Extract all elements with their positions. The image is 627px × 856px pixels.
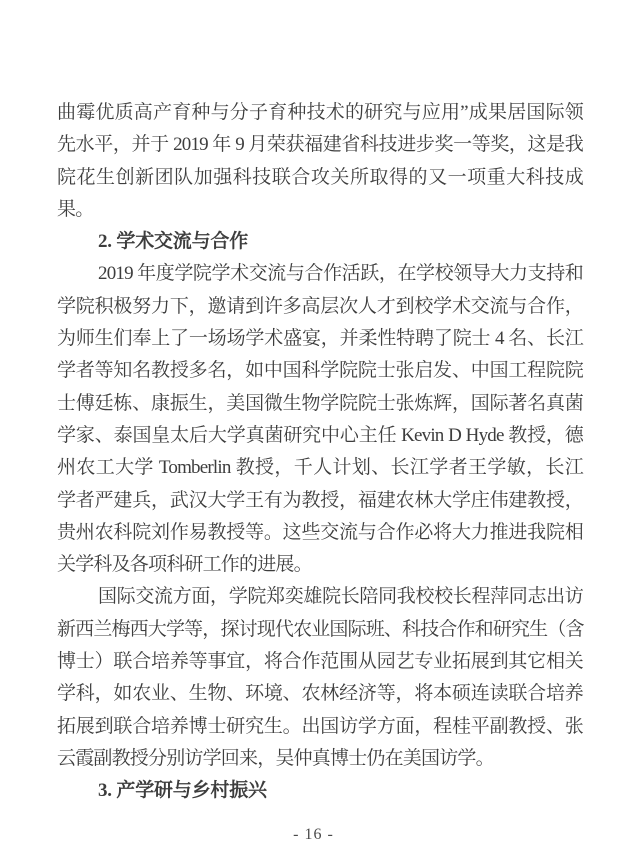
text-line: 士傅廷栋、康振生，美国微生物学院院士张炼辉，国际著名真菌 xyxy=(57,388,583,420)
page-number: - 16 - xyxy=(0,826,627,844)
text-line: 学者严建兵，武汉大学王有为教授，福建农林大学庄伟建教授， xyxy=(57,485,583,517)
text-line: 2019 年度学院学术交流与合作活跃，在学校领导大力支持和 xyxy=(57,258,583,290)
text-line: 州农工大学 Tomberlin 教授，千人计划、长江学者王学敏，长江 xyxy=(57,452,583,484)
text-line: 学科，如农业、生物、环境、农林经济等，将本硕连读联合培养 xyxy=(57,678,583,710)
document-page: 曲霉优质高产育种与分子育种技术的研究与应用”成果居国际领先水平，并于 2019 … xyxy=(0,0,627,856)
section-heading: 2. 学术交流与合作 xyxy=(57,226,583,258)
text-line: 云霞副教授分别访学回来，吴仲真博士仍在美国访学。 xyxy=(57,743,583,775)
text-line: 学院积极努力下，邀请到许多高层次人才到校学术交流与合作， xyxy=(57,291,583,323)
text-line: 新西兰梅西大学等，探讨现代农业国际班、科技合作和研究生（含 xyxy=(57,614,583,646)
text-line: 国际交流方面，学院郑奕雄院长陪同我校校长程萍同志出访 xyxy=(57,581,583,613)
text-block: 曲霉优质高产育种与分子育种技术的研究与应用”成果居国际领先水平，并于 2019 … xyxy=(57,97,583,808)
text-line: 院花生创新团队加强科技联合攻关所取得的又一项重大科技成 xyxy=(57,162,583,194)
text-line: 关学科及各项科研工作的进展。 xyxy=(57,549,583,581)
text-line: 果。 xyxy=(57,194,583,226)
text-line: 曲霉优质高产育种与分子育种技术的研究与应用”成果居国际领 xyxy=(57,97,583,129)
text-line: 为师生们奉上了一场场学术盛宴，并柔性特聘了院士 4 名、长江 xyxy=(57,323,583,355)
text-line: 学者等知名教授多名，如中国科学院院士张启发、中国工程院院 xyxy=(57,355,583,387)
text-line: 拓展到联合培养博士研究生。出国访学方面，程桂平副教授、张 xyxy=(57,711,583,743)
section-heading: 3. 产学研与乡村振兴 xyxy=(57,775,583,807)
text-line: 博士）联合培养等事宜，将合作范围从园艺专业拓展到其它相关 xyxy=(57,646,583,678)
text-line: 学家、泰国皇太后大学真菌研究中心主任 Kevin D Hyde 教授，德 xyxy=(57,420,583,452)
text-line: 先水平，并于 2019 年 9 月荣获福建省科技进步奖一等奖，这是我 xyxy=(57,129,583,161)
text-line: 贵州农科院刘作易教授等。这些交流与合作必将大力推进我院相 xyxy=(57,517,583,549)
